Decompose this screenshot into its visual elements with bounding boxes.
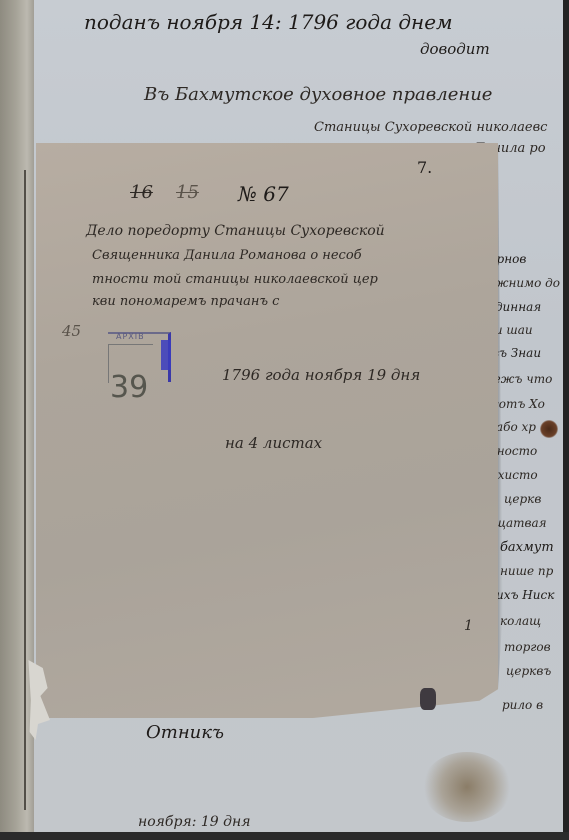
slip-line-3: тности той станицы николаевской цер [92, 272, 378, 287]
slip-sheets-line: на 4 листах [225, 434, 322, 452]
ink-blot [540, 420, 558, 438]
archive-stamp-blue-mark [161, 340, 171, 370]
slip-old-number-1: 16 [130, 182, 153, 203]
slip-dark-spot [420, 688, 436, 710]
slip-margin-mark: 45 [62, 322, 81, 340]
register-bottom-line-1: Отникъ [146, 722, 224, 743]
register-bottom-line-2: ноября: 19 дня [138, 814, 251, 830]
slip-line-4: кви пономаремъ прачанъ с [92, 294, 279, 309]
slip-page-mark: 7. [417, 158, 432, 177]
archive-stamp-label: АРХІВ [116, 332, 145, 341]
slip-corner-mark: 1 [464, 618, 473, 634]
archive-stamp-number: 39 [110, 370, 148, 405]
register-heading: Въ Бахмутское духовное правление [144, 84, 492, 105]
document-photo: поданъ ноября 14: 1796 года днем доводит… [0, 0, 563, 832]
register-line-top-2: доводит [420, 40, 490, 58]
bottom-border [0, 832, 569, 840]
slip-old-number-2: 15 [176, 182, 199, 203]
spine-shadow-line [24, 170, 26, 810]
right-border [563, 0, 569, 840]
slip-date-line: 1796 года ноября 19 дня [222, 366, 420, 384]
register-line-3: Станицы Сухоревской николаевс [314, 120, 547, 135]
water-stain [422, 752, 512, 822]
slip-line-2: Священника Данила Романова о несоб [92, 248, 362, 263]
slip-line-1: Дело поредорту Станицы Сухоревской [86, 223, 385, 239]
register-line-top-1: поданъ ноября 14: 1796 года днем [84, 10, 453, 34]
slip-case-number: № 67 [238, 182, 289, 206]
